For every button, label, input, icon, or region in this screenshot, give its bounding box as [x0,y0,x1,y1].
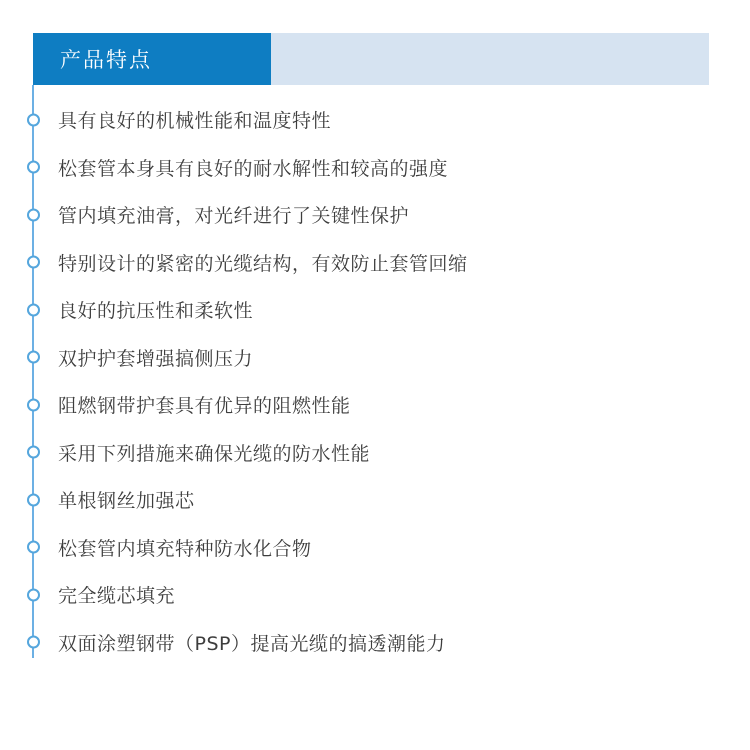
feature-text: 特别设计的紧密的光缆结构，有效防止套管回缩 [58,249,468,276]
feature-text: 采用下列措施来确保光缆的防水性能 [58,439,370,466]
feature-item: 阻燃钢带护套具有优异的阻燃性能 [0,381,750,429]
feature-text: 双护护套增强搞侧压力 [58,344,253,371]
section-header-accent-box: 产品特点 [33,33,271,85]
section-header: 产品特点 [33,33,709,85]
timeline-dot-icon [27,208,40,221]
timeline-dot-icon [27,636,40,649]
feature-text: 双面涂塑钢带（PSP）提高光缆的搞透潮能力 [58,629,445,656]
feature-item: 完全缆芯填充 [0,571,750,619]
feature-item: 特别设计的紧密的光缆结构，有效防止套管回缩 [0,239,750,287]
feature-list: 具有良好的机械性能和温度特性 松套管本身具有良好的耐水解性和较高的强度 管内填充… [0,96,750,666]
timeline-dot-icon [27,493,40,506]
timeline-dot-icon [27,161,40,174]
timeline-dot-icon [27,541,40,554]
feature-item: 管内填充油膏，对光纤进行了关键性保护 [0,191,750,239]
section-header-band [271,33,709,85]
timeline-dot-icon [27,446,40,459]
timeline-dot-icon [27,588,40,601]
feature-text: 具有良好的机械性能和温度特性 [58,106,331,133]
timeline-dot-icon [27,303,40,316]
feature-item: 具有良好的机械性能和温度特性 [0,96,750,144]
feature-item: 采用下列措施来确保光缆的防水性能 [0,429,750,477]
timeline-dot-icon [27,398,40,411]
feature-text: 良好的抗压性和柔软性 [58,296,253,323]
feature-text: 完全缆芯填充 [58,581,175,608]
page-title: 产品特点 [33,44,152,74]
feature-text: 松套管内填充特种防水化合物 [58,534,312,561]
timeline-dot-icon [27,256,40,269]
feature-text: 阻燃钢带护套具有优异的阻燃性能 [58,391,351,418]
timeline-dot-icon [27,113,40,126]
timeline-dot-icon [27,351,40,364]
feature-item: 松套管内填充特种防水化合物 [0,524,750,572]
product-features-page: 产品特点 具有良好的机械性能和温度特性 松套管本身具有良好的耐水解性和较高的强度… [0,0,750,750]
feature-item: 松套管本身具有良好的耐水解性和较高的强度 [0,144,750,192]
feature-item: 单根钢丝加强芯 [0,476,750,524]
feature-text: 单根钢丝加强芯 [58,486,195,513]
feature-text: 管内填充油膏，对光纤进行了关键性保护 [58,201,409,228]
feature-item: 双护护套增强搞侧压力 [0,334,750,382]
feature-text: 松套管本身具有良好的耐水解性和较高的强度 [58,154,448,181]
feature-item: 双面涂塑钢带（PSP）提高光缆的搞透潮能力 [0,619,750,667]
feature-item: 良好的抗压性和柔软性 [0,286,750,334]
